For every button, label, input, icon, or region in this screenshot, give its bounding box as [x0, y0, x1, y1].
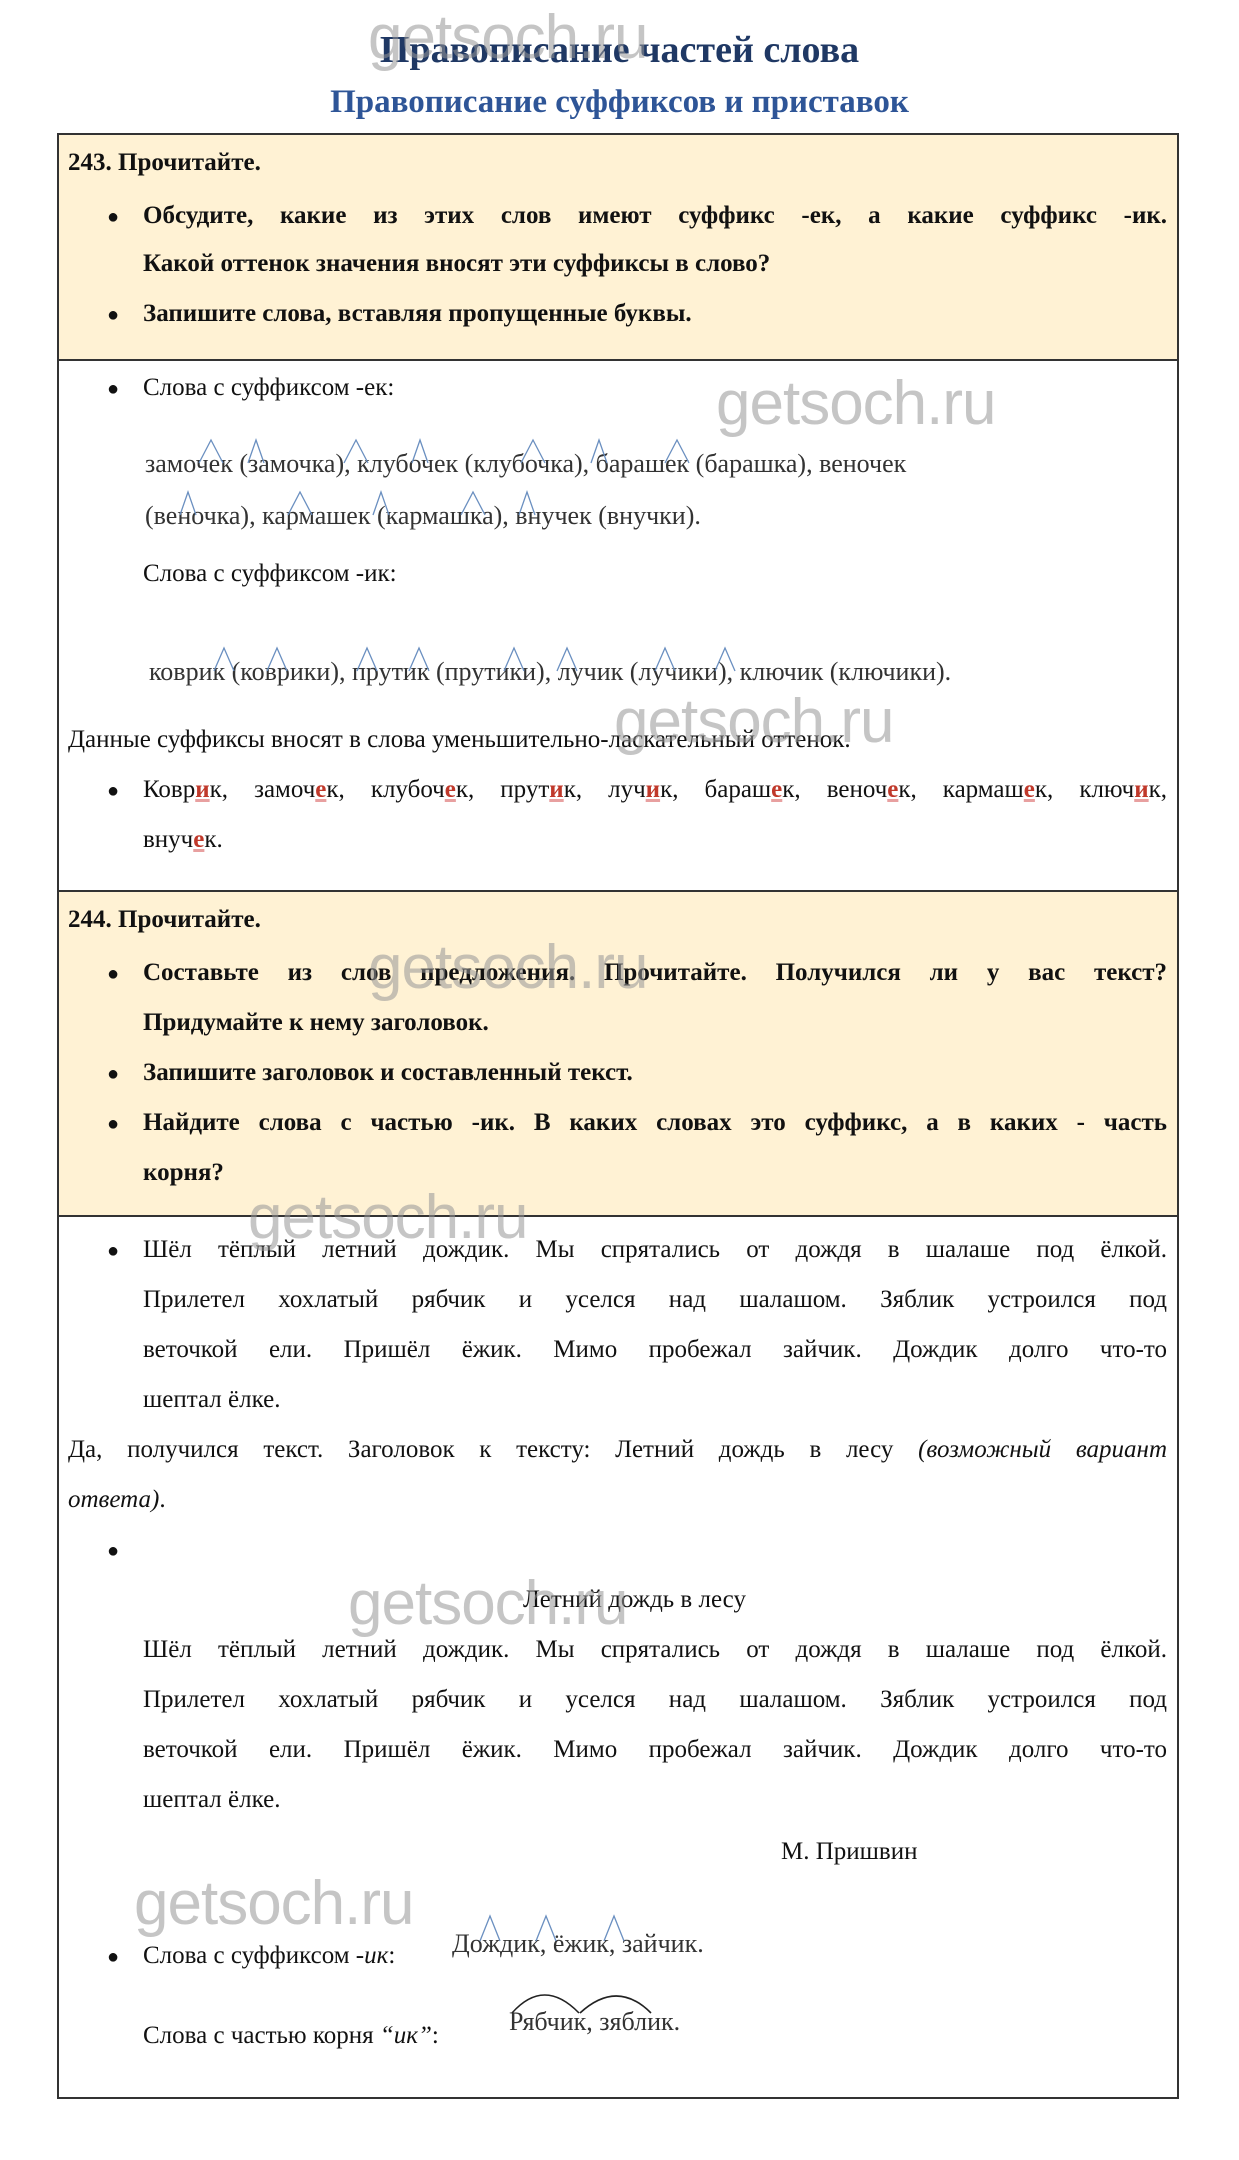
label-root: “ик” — [380, 2022, 432, 2049]
label-suffix: ик — [364, 1942, 388, 1969]
answer-243-box: Слова с суффиксом -ек: замочек (замочка)… — [57, 359, 1179, 892]
inserted-letter: и — [549, 776, 563, 803]
answer-note: (возможный вариант — [918, 1436, 1167, 1463]
inserted-letter: е — [1024, 776, 1035, 803]
label-colon: : — [432, 2022, 439, 2049]
filled-word: прутик, — [500, 776, 582, 803]
task-bullet: Запишите заголовок и составленный текст. — [143, 1058, 633, 1088]
root-ik-label: Слова с частью корня “ик”: — [143, 2021, 439, 2051]
filled-words-line-end: внучек. — [143, 825, 223, 855]
inserted-letter: и — [1134, 776, 1148, 803]
filled-word: лучик, — [608, 776, 678, 803]
page-title: Правописание частей слова — [0, 28, 1239, 72]
inserted-letter: е — [887, 776, 898, 803]
answer-label-ik: Слова с суффиксом -ик: — [143, 559, 397, 589]
filled-word: ключик, — [1079, 776, 1167, 803]
composed-text-line: веточкой ели. Пришёл ёжик. Мимо пробежал… — [143, 1335, 1167, 1365]
answer-line: Да, получился текст. Заголовок к тексту:… — [68, 1435, 1167, 1465]
story-line: веточкой ели. Пришёл ёжик. Мимо пробежал… — [143, 1735, 1167, 1765]
task-bullet: Найдите слова с частью -ик. В каких слов… — [143, 1108, 1167, 1138]
task-bullet: Составьте из слов предложения. Прочитайт… — [143, 958, 1167, 988]
label-text: Слова с суффиксом - — [143, 1942, 364, 1969]
inserted-letter: е — [315, 776, 326, 803]
story-line: Прилетел хохлатый рябчик и уселся над ша… — [143, 1685, 1167, 1715]
task-bullet: Запишите слова, вставляя пропущенные бук… — [143, 299, 692, 329]
answer-note: ответа) — [68, 1486, 159, 1513]
answer-line-continuation: ответа). — [68, 1485, 166, 1515]
inserted-letter: и — [646, 776, 660, 803]
composed-text-line: Прилетел хохлатый рябчик и уселся над ша… — [143, 1285, 1167, 1315]
inserted-letter: и — [195, 776, 209, 803]
filled-word: замочек, — [254, 776, 345, 803]
task-bullet-continuation: Придумайте к нему заголовок. — [143, 1008, 489, 1038]
filled-word: внучек. — [143, 826, 223, 853]
task-heading: 243. Прочитайте. — [68, 148, 261, 178]
task-243-box: 243. Прочитайте. Обсудите, какие из этих… — [57, 133, 1179, 361]
story-line: шептал ёлке. — [143, 1785, 280, 1815]
suffix-marks-ik — [59, 361, 1181, 894]
inserted-letter: е — [445, 776, 456, 803]
inserted-letter: е — [193, 826, 204, 853]
suffix-ik-label: Слова с суффиксом -ик: — [143, 1941, 395, 1971]
filled-word: веночек, — [827, 776, 917, 803]
ek-words-line-2: (веночка), кармашек (кармашка), внучек (… — [145, 501, 701, 531]
answer-conclusion: Данные суффиксы вносят в слова уменьшите… — [68, 725, 851, 755]
answer-text: Да, получился текст. Заголовок к тексту:… — [68, 1436, 893, 1463]
filled-word: кармашек, — [943, 776, 1054, 803]
filled-word: Коврик, — [143, 776, 228, 803]
story-title: Летний дождь в лесу — [523, 1585, 746, 1615]
suffix-marks-ek — [59, 361, 1181, 894]
inserted-letter: е — [771, 776, 782, 803]
root-ik-words: Рябчик, зяблик. — [509, 2007, 680, 2037]
task-bullet-continuation: корня? — [143, 1158, 224, 1188]
ik-words-line: коврик (коврики), прутик (прутики), лучи… — [149, 657, 951, 687]
story-author: М. Пришвин — [781, 1837, 917, 1867]
filled-word: клубочек, — [371, 776, 474, 803]
task-heading: 244. Прочитайте. — [68, 905, 261, 935]
composed-text-line: Шёл тёплый летний дождик. Мы спрятались … — [143, 1235, 1167, 1265]
answer-244-box: Шёл тёплый летний дождик. Мы спрятались … — [57, 1215, 1179, 2099]
answer-label-ek: Слова с суффиксом -ек: — [143, 373, 394, 403]
story-line: Шёл тёплый летний дождик. Мы спрятались … — [143, 1635, 1167, 1665]
ek-words-line-1: замочек (замочка), клубочек (клубочка), … — [145, 449, 906, 479]
label-colon: : — [388, 1942, 395, 1969]
composed-text-line: шептал ёлке. — [143, 1385, 280, 1415]
suffix-ik-words: Дождик, ёжик, зайчик. — [452, 1929, 704, 1959]
filled-words-line: Коврик, замочек, клубочек, прутик, лучик… — [143, 775, 1167, 805]
filled-word: барашек, — [705, 776, 801, 803]
label-text: Слова с частью корня — [143, 2022, 380, 2049]
task-244-box: 244. Прочитайте. Составьте из слов предл… — [57, 890, 1179, 1217]
page-subtitle: Правописание суффиксов и приставок — [0, 84, 1239, 121]
answer-punct: . — [159, 1486, 165, 1513]
task-bullet-continuation: Какой оттенок значения вносят эти суффик… — [143, 249, 770, 279]
task-bullet: Обсудите, какие из этих слов имеют суффи… — [143, 201, 1167, 231]
